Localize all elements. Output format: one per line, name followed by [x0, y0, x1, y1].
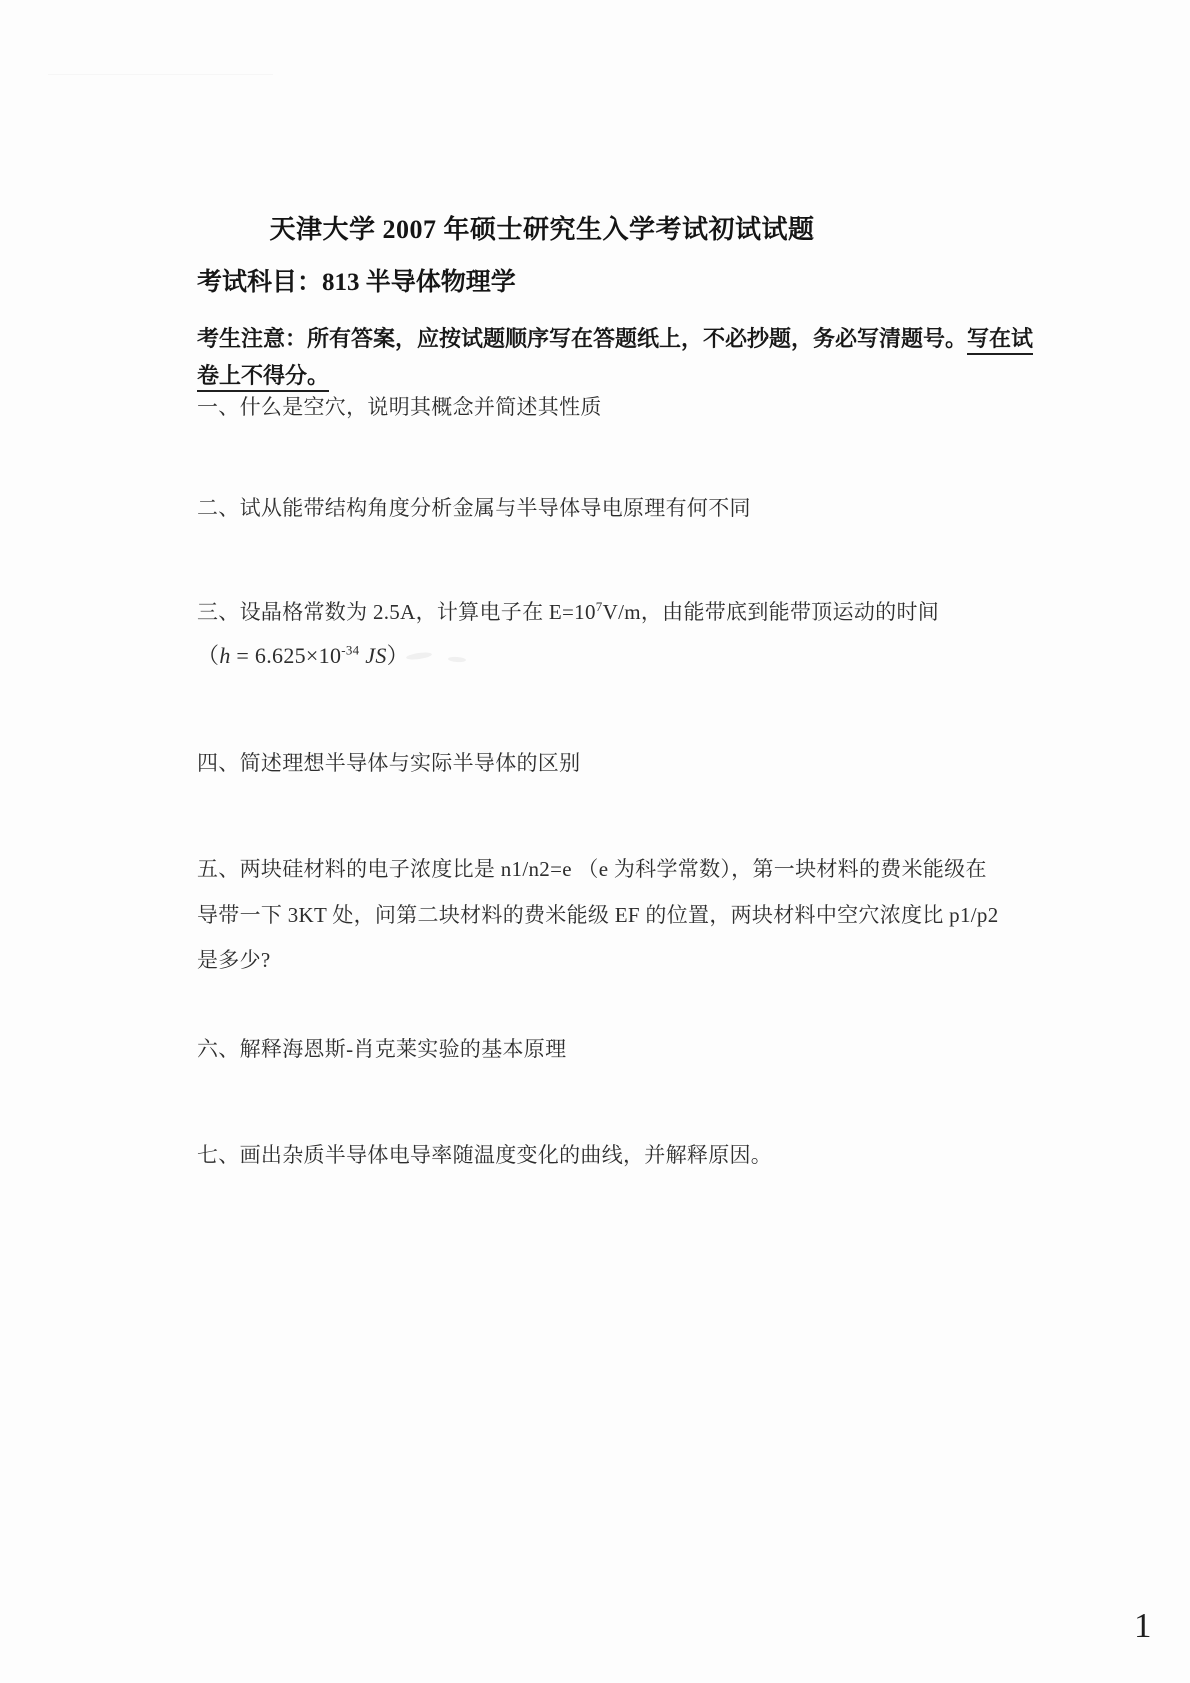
question-5-line-3: 是多少? [197, 944, 271, 974]
subject-line: 考试科目：813 半导体物理学 [197, 262, 516, 298]
formula-unit: JS [359, 643, 386, 668]
question-3-text-pre: 三、设晶格常数为 2.5A，计算电子在 E=10 [197, 600, 596, 624]
question-5-line-2: 导带一下 3KT 处，问第二块材料的费米能级 EF 的位置，两块材料中空穴浓度比… [197, 899, 999, 929]
question-3-exponent: 7 [596, 599, 603, 614]
question-5-line-1: 五、两块硅材料的电子浓度比是 n1/n2=e （e 为科学常数），第一块材料的费… [197, 853, 987, 883]
exam-title: 天津大学 2007 年硕士研究生入学考试初试试题 [197, 209, 887, 246]
formula-close-paren: ） [387, 643, 409, 668]
notice-line-2: 卷上不得分。 [197, 359, 329, 390]
question-3-line-1: 三、设晶格常数为 2.5A，计算电子在 E=107V/m，由能带底到能带顶运动的… [197, 596, 939, 626]
notice-line-1: 考生注意：所有答案，应按试题顺序写在答题纸上，不必抄题，务必写清题号。写在试 [197, 322, 1033, 353]
question-6: 六、解释海恩斯-肖克莱实验的基本原理 [197, 1033, 566, 1063]
scan-artifact-line [48, 74, 273, 75]
question-7: 七、画出杂质半导体电导率随温度变化的曲线，并解释原因。 [197, 1139, 772, 1169]
question-4: 四、简述理想半导体与实际半导体的区别 [197, 747, 580, 777]
scan-smudge [448, 656, 466, 662]
page-number: 1 [1134, 1606, 1152, 1646]
notice-underlined-part-1: 写在试 [967, 326, 1033, 355]
notice-underlined-part-2: 卷上不得分。 [197, 363, 329, 392]
formula-open-paren: （ [197, 643, 219, 668]
question-1: 一、什么是空穴，说明其概念并简述其性质 [197, 391, 602, 421]
exam-paper-page: 天津大学 2007 年硕士研究生入学考试初试试题 考试科目：813 半导体物理学… [0, 0, 1190, 1683]
notice-bold-text: 考生注意：所有答案，应按试题顺序写在答题纸上，不必抄题，务必写清题号。 [197, 326, 967, 351]
question-3-text-post: V/m，由能带底到能带顶运动的时间 [603, 600, 939, 624]
scan-smudge [406, 651, 433, 661]
question-2: 二、试从能带结构角度分析金属与半导体导电原理有何不同 [197, 492, 751, 522]
formula-value: = 6.625×10 [231, 643, 342, 668]
formula-exponent: -34 [341, 643, 359, 658]
formula-planck-symbol: h [219, 643, 230, 668]
question-3-formula: （h = 6.625×10-34 JS） [197, 639, 409, 670]
